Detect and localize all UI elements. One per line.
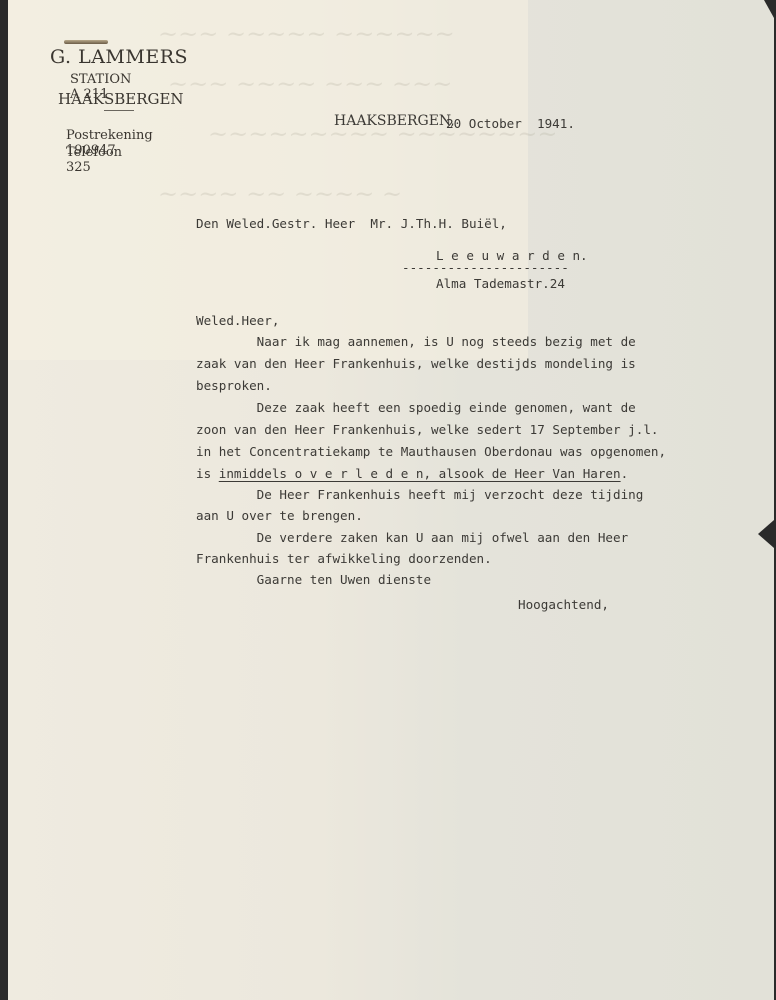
body-line: De Heer Frankenhuis heeft mij verzocht d… <box>196 487 643 502</box>
body-line: in het Concentratiekamp te Mauthausen Ob… <box>196 444 666 459</box>
company-city: HAAKSBERGEN <box>58 90 184 108</box>
letter-page: ~~~ ~~~~~ ~~~~~~ ~~~ ~~~~ ~~~ ~~~ ~~~~~~… <box>8 0 774 1000</box>
page-notch <box>758 520 774 548</box>
pencil-annotation: ~~~ ~~~~~ ~~~~~~ <box>158 20 455 48</box>
salutation: Weled.Heer, <box>196 313 279 328</box>
body-line-underlined: is inmiddels o v e r l e d e n, alsook d… <box>196 466 628 481</box>
closing: Hoogachtend, <box>518 597 609 612</box>
body-line: De verdere zaken kan U aan mij ofwel aan… <box>196 530 628 545</box>
body-line: Gaarne ten Uwen dienste <box>196 572 431 587</box>
addressee-name: Den Weled.Gestr. Heer Mr. J.Th.H. Buiël, <box>196 216 507 231</box>
torn-corner <box>764 0 774 18</box>
date-place: HAAKSBERGEN, <box>334 113 455 129</box>
staple <box>64 40 108 44</box>
pencil-annotation: ~~~ ~~~~ ~~~ ~~~ <box>168 70 452 98</box>
letterhead-divider <box>104 110 134 111</box>
underlined-text: inmiddels o v e r l e d e n, alsook de H… <box>219 466 621 481</box>
body-line: aan U over te brengen. <box>196 508 363 523</box>
telefoon: Telefoon 325 <box>66 145 122 175</box>
body-line: Frankenhuis ter afwikkeling doorzenden. <box>196 551 492 566</box>
body-line: zaak van den Heer Frankenhuis, welke des… <box>196 356 636 371</box>
company-name: G. LAMMERS <box>50 46 250 68</box>
underline-prefix: is <box>196 466 219 481</box>
date: 20 October 1941. <box>446 116 575 131</box>
body-line: zoon van den Heer Frankenhuis, welke sed… <box>196 422 659 437</box>
addressee-street: Alma Tademastr.24 <box>436 276 565 291</box>
addressee-rule: ---------------------- <box>402 260 569 275</box>
pencil-annotation: ~~~~ ~~ ~~~~ ~ <box>158 180 402 208</box>
body-line: besproken. <box>196 378 272 393</box>
body-line: Naar ik mag aannemen, is U nog steeds be… <box>196 334 636 349</box>
underline-suffix: . <box>621 466 629 481</box>
body-line: Deze zaak heeft een spoedig einde genome… <box>196 400 636 415</box>
